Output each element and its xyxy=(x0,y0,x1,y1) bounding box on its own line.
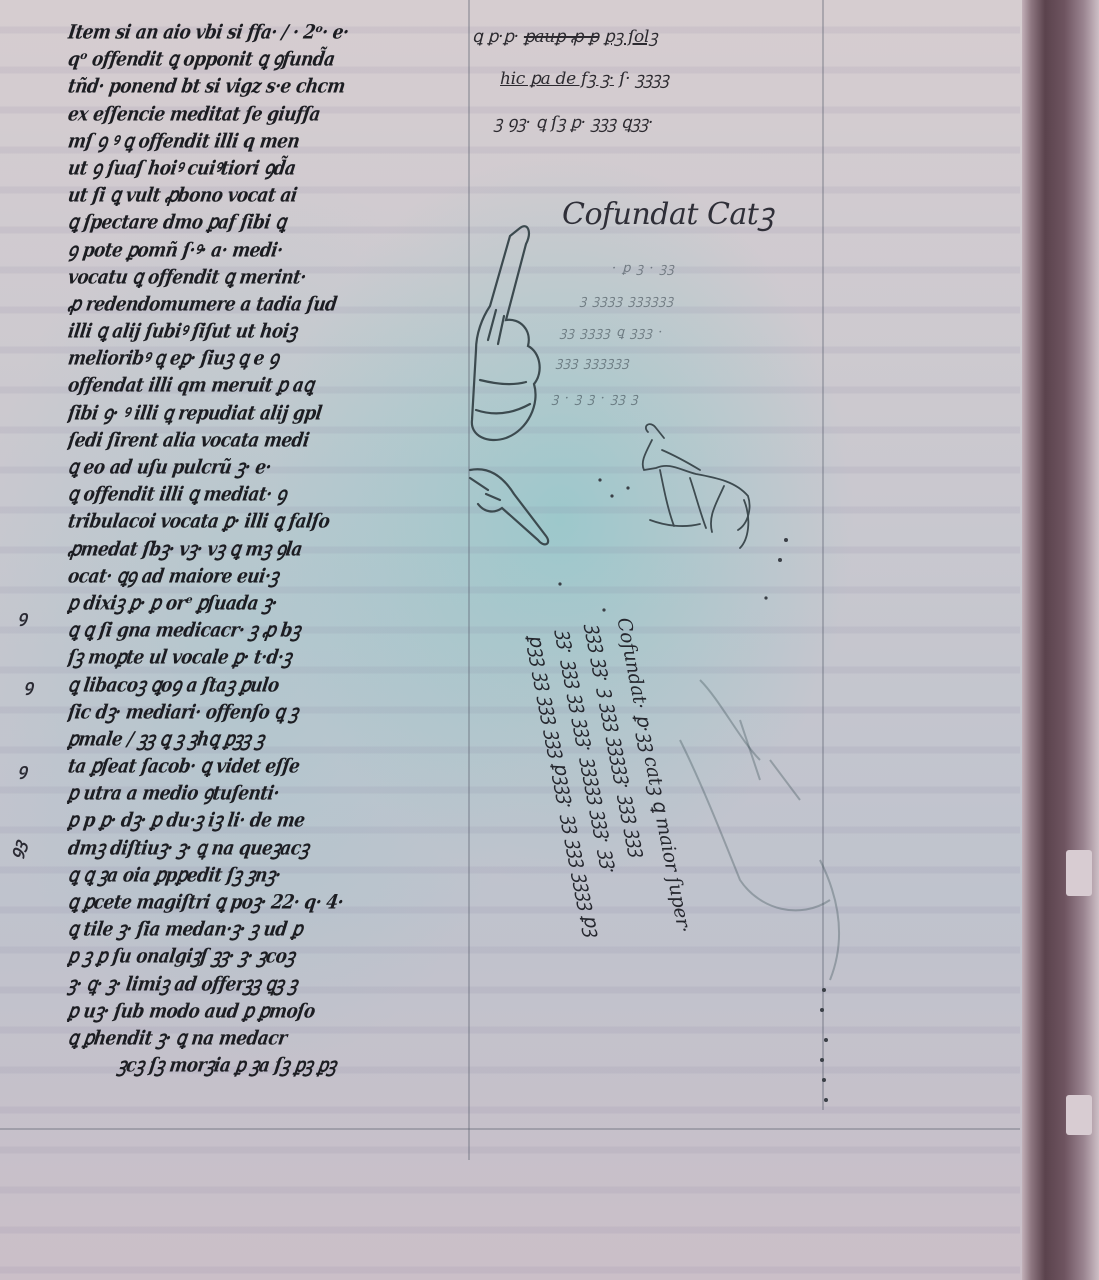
faint-text-line: ꝫ ꝫꝫꝫꝫ ꝫꝫꝫꝫꝫꝫ xyxy=(580,290,674,308)
top-note-line-1: ꝗ ꝑ·ꝑ· ꝑauꝑ ꝓ ꝑ ꝑꝫ ſolꝫ xyxy=(472,24,657,47)
text-line: tñd· ponend bt si vigz s·e chcm xyxy=(66,72,440,103)
text-line: ꝑ ꝫ ꝑ ſu onalgiꝫſ ꝫꝫ· ꝫ· ꝫcoꝫ xyxy=(66,942,440,973)
text-line: ꝫcꝫ ſꝫ morꝫia ꝑ ꝫa ſꝫ ꝑꝫ ꝑꝫ xyxy=(66,1051,440,1082)
faint-text-line: ꝫꝫ ꝫꝫꝫꝫ ꝗ ꝫꝫꝫ · xyxy=(560,322,663,340)
main-text-column: Item si an aio vbi si ffa· / · 2ᵒ· e· qᵒ… xyxy=(68,20,438,1080)
top-note-suffix: ꝑꝫ ſolꝫ xyxy=(604,27,657,47)
top-note-underlined: hic ꝑa de fꝫ ꝫ· xyxy=(500,69,614,89)
top-note-line-3: ꝫ ꝯꝫ· ꝗ ſꝫ ꝑ· ꝫꝫꝫ ꝗꝫꝫ· xyxy=(494,110,653,133)
binding-notch xyxy=(1066,850,1092,896)
top-note-struck: ꝑauꝑ ꝓ ꝑ xyxy=(524,27,599,47)
top-note-prefix: ꝗ ꝑ·ꝑ· xyxy=(472,27,519,47)
ruling-line-bottom xyxy=(0,1128,1020,1130)
text-line: tribulacoi vocata ꝑ· illi ꝗ falſo xyxy=(66,507,440,538)
ruling-line-right xyxy=(822,0,824,1110)
book-binding-edge xyxy=(1022,0,1099,1280)
margin-note: ꝯ xyxy=(18,758,27,780)
faint-text-line: · ꝑ ꝫ · ꝫꝫ xyxy=(612,258,675,276)
text-line: ſꝫ moꝑte ul vocale ꝑ· t·d·ꝫ xyxy=(66,643,440,674)
top-note-line2-suffix: ſ· ꝫꝫꝫꝫ xyxy=(619,69,669,89)
faint-text-line: ꝫ · ꝫ ꝫ · ꝫꝫ ꝫ xyxy=(552,388,639,406)
margin-note: ꝯ xyxy=(24,674,33,696)
margin-note: ꝯ xyxy=(18,605,27,627)
top-note-line-2: hic ꝑa de fꝫ ꝫ· ſ· ꝫꝫꝫꝫ xyxy=(500,66,669,89)
text-line: ꝗ ſpectare dmo ꝑaf ſibi ꝗ xyxy=(66,208,440,239)
faint-text-line: ꝫꝫꝫ ꝫꝫꝫꝫꝫꝫ xyxy=(556,352,630,370)
ruling-line-left xyxy=(468,0,470,1160)
rubric-title: Cofundat Catꝫ xyxy=(562,192,773,233)
binding-notch xyxy=(1066,1095,1092,1135)
